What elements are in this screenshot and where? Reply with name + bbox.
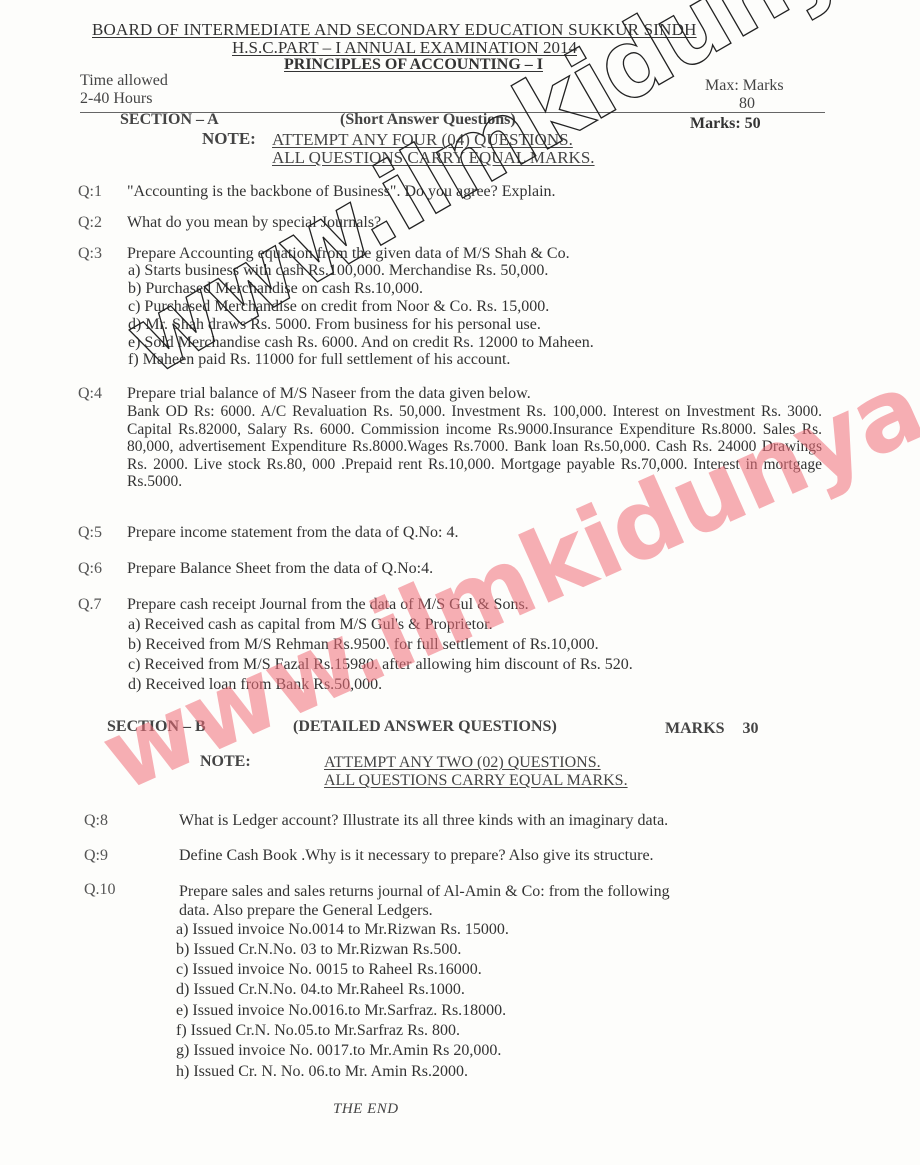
max-marks-value: 80 — [739, 95, 755, 113]
list-item: c) Issued invoice No. 0015 to Raheel Rs.… — [176, 961, 482, 979]
question-number: Q:6 — [78, 560, 102, 578]
list-item: d) Mr. Shah draws Rs. 5000. From busines… — [128, 316, 541, 334]
max-marks-label: Max: Marks — [705, 77, 784, 95]
list-item: b) Received from M/S Rehman Rs.9500. for… — [128, 636, 599, 654]
list-item: b) Issued Cr.N.No. 03 to Mr.Rizwan Rs.50… — [176, 941, 461, 959]
list-item: e) Issued invoice No.0016.to Mr.Sarfraz.… — [176, 1002, 506, 1020]
section-b-title: SECTION – B — [107, 718, 206, 736]
section-b-subtitle: (DETAILED ANSWER QUESTIONS) — [293, 718, 557, 736]
board-title: BOARD OF INTERMEDIATE AND SECONDARY EDUC… — [92, 20, 697, 40]
list-item: a) Received cash as capital from M/S Gul… — [128, 616, 493, 634]
question-number: Q.10 — [84, 881, 116, 899]
list-item: f) Maheen paid Rs. 11000 for full settle… — [128, 351, 510, 369]
question-number: Q:8 — [84, 812, 108, 830]
list-item: d) Received loan from Bank Rs.50,000. — [128, 676, 382, 694]
list-item: e) Sold Merchandise cash Rs. 6000. And o… — [128, 334, 594, 352]
question-text: Prepare trial balance of M/S Naseer from… — [127, 385, 531, 403]
section-a-subtitle: (Short Answer Questions) — [340, 111, 516, 129]
list-item: c) Received from M/S Fazal Rs.15980. aft… — [128, 656, 633, 674]
section-a-marks: Marks: 50 — [690, 115, 761, 133]
end-marker: THE END — [333, 1101, 399, 1118]
subject-title: PRINCIPLES OF ACCOUNTING – I — [284, 56, 543, 74]
list-item: g) Issued invoice No. 0017.to Mr.Amin Rs… — [176, 1042, 501, 1060]
question-text: What do you mean by special Journals? — [127, 214, 381, 232]
question-number: Q:3 — [78, 245, 102, 263]
section-a-note-line1: ATTEMPT ANY FOUR (04) QUESTIONS. — [272, 130, 573, 150]
list-item: d) Issued Cr.N.No. 04.to Mr.Raheel Rs.10… — [176, 981, 465, 999]
list-item: b) Purchased Merchandise on cash Rs.10,0… — [128, 280, 423, 298]
question-number: Q:1 — [78, 183, 102, 201]
question-number: Q:9 — [84, 847, 108, 865]
question-text: Prepare cash receipt Journal from the da… — [127, 596, 529, 614]
time-allowed-value: 2-40 Hours — [80, 90, 152, 108]
question-number: Q:4 — [78, 385, 102, 403]
list-item: c) Purchased Merchandise on credit from … — [128, 298, 549, 316]
list-item: a) Issued invoice No.0014 to Mr.Rizwan R… — [176, 921, 509, 939]
question-text: Prepare sales and sales returns journal … — [179, 883, 670, 901]
section-b-note-label: NOTE: — [200, 753, 251, 771]
question-text: Prepare Balance Sheet from the data of Q… — [127, 560, 433, 578]
section-a-title: SECTION – A — [120, 111, 219, 129]
question-text: Prepare income statement from the data o… — [127, 524, 458, 542]
list-item: h) Issued Cr. N. No. 06.to Mr. Amin Rs.2… — [176, 1063, 468, 1081]
question-text: "Accounting is the backbone of Business"… — [127, 183, 556, 201]
question-number: Q.7 — [78, 596, 102, 614]
question-data-paragraph: Bank OD Rs: 6000. A/C Revaluation Rs. 50… — [127, 403, 822, 491]
section-a-note-label: NOTE: — [202, 129, 256, 149]
question-text: Prepare Accounting equation from the giv… — [127, 245, 570, 263]
section-b-marks: MARKS 30 — [665, 720, 759, 738]
list-item: a) Starts business with cash Rs.100,000.… — [128, 262, 548, 280]
question-text-continued: data. Also prepare the General Ledgers. — [179, 902, 433, 920]
question-number: Q:2 — [78, 214, 102, 232]
section-b-note-line1: ATTEMPT ANY TWO (02) QUESTIONS. — [324, 754, 601, 772]
question-number: Q:5 — [78, 524, 102, 542]
section-a-note-line2: ALL QUESTIONS CARRY EQUAL MARKS. — [272, 148, 595, 168]
section-b-note-line2: ALL QUESTIONS CARRY EQUAL MARKS. — [324, 772, 628, 790]
question-text: What is Ledger account? Illustrate its a… — [179, 812, 668, 830]
list-item: f) Issued Cr.N. No.05.to Mr.Sarfraz Rs. … — [176, 1022, 460, 1040]
time-allowed-label: Time allowed — [80, 72, 168, 90]
exam-title: H.S.C.PART – I ANNUAL EXAMINATION 2014 — [232, 38, 577, 58]
exam-paper: BOARD OF INTERMEDIATE AND SECONDARY EDUC… — [0, 0, 920, 1165]
question-text: Define Cash Book .Why is it necessary to… — [179, 847, 654, 865]
